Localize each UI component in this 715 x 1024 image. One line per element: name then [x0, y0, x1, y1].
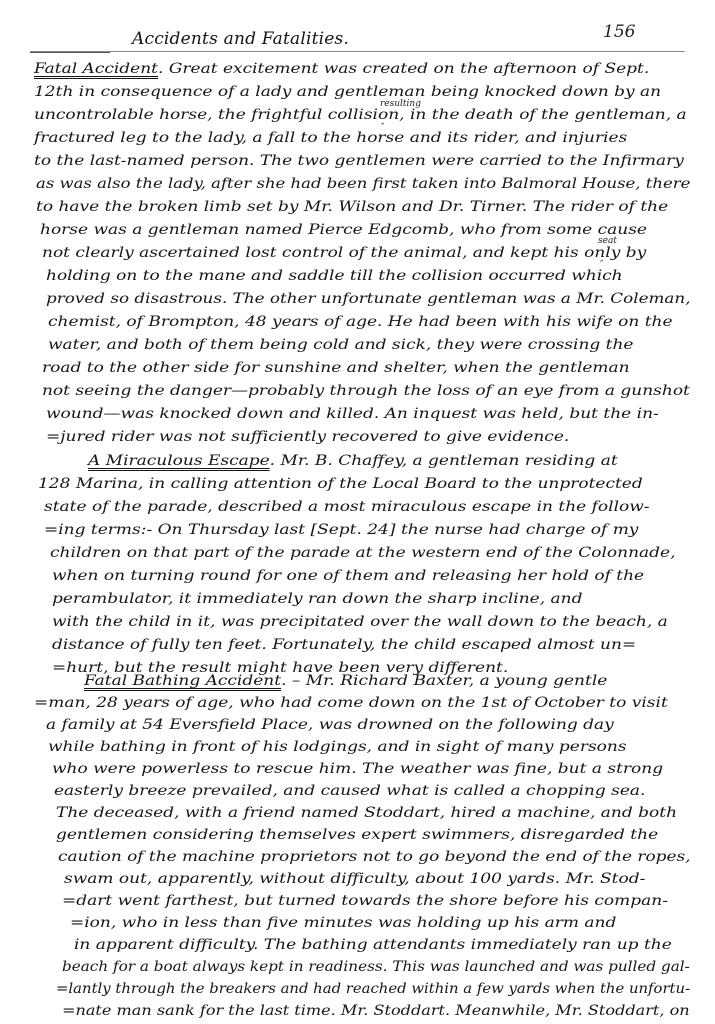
- inserted-word: resulting: [380, 99, 421, 109]
- text-line: with the child in it, was precipitated o…: [52, 611, 668, 633]
- text-line: chemist, of Brompton, 48 years of age. H…: [48, 311, 673, 333]
- text-line: a family at 54 Eversfield Place, was dro…: [46, 714, 614, 736]
- text-line: swam out, apparently, without difficulty…: [64, 868, 645, 890]
- text-line: The deceased, with a friend named Stodda…: [56, 802, 677, 824]
- text-line: =ion, who in less than five minutes was …: [70, 912, 616, 934]
- text-line: =dart went farthest, but turned towards …: [62, 890, 668, 912]
- text-line: =lantly through the breakers and had rea…: [56, 978, 690, 1000]
- section-heading: A Miraculous Escape: [88, 453, 270, 469]
- text-line: holding on to the mane and saddle till t…: [46, 265, 623, 287]
- text-line: proved so disastrous. The other unfortun…: [46, 288, 691, 310]
- text-line: 128 Marina, in calling attention of the …: [38, 473, 643, 495]
- inserted-word: seat: [598, 236, 617, 246]
- text-line: children on that part of the parade at t…: [50, 542, 675, 564]
- text-line: who were powerless to rescue him. The we…: [52, 758, 663, 780]
- text-line: when on turning round for one of them an…: [52, 565, 644, 587]
- text-line: uncontrolable horse, the frightful colli…: [34, 104, 687, 126]
- text-line: fractured leg to the lady, a fall to the…: [34, 127, 627, 149]
- text-line: =jured rider was not sufficiently recove…: [46, 426, 569, 448]
- text-line: not seeing the danger—probably through t…: [42, 380, 690, 402]
- text-line: beach for a boat always kept in readines…: [62, 956, 690, 978]
- text-line: Fatal Accident. Great excitement was cre…: [34, 58, 649, 80]
- insertion-caret-icon: ‸: [381, 114, 384, 125]
- insertion-caret-icon: ‸: [600, 251, 603, 262]
- text-line: water, and both of them being cold and s…: [48, 334, 634, 356]
- text-line: caution of the machine proprietors not t…: [58, 846, 691, 868]
- text-line: wound—was knocked down and killed. An in…: [46, 403, 659, 425]
- text-line: 12th in consequence of a lady and gentle…: [34, 81, 661, 103]
- text-line: road to the other side for sunshine and …: [42, 357, 630, 379]
- text-line: as was also the lady, after she had been…: [36, 173, 690, 195]
- text-line: perambulator, it immediately ran down th…: [52, 588, 582, 610]
- manuscript-page: Accidents and Fatalities. 156 Fatal Acci…: [0, 0, 715, 1024]
- page-header-title: Accidents and Fatalities.: [132, 29, 349, 49]
- text-line: to have the broken limb set by Mr. Wilso…: [36, 196, 668, 218]
- text-line: state of the parade, described a most mi…: [44, 496, 650, 518]
- header-divider-accent: [30, 52, 110, 53]
- page-number: 156: [603, 22, 635, 42]
- text-line: easterly breeze prevailed, and caused wh…: [54, 780, 645, 802]
- section-heading: Fatal Accident: [34, 61, 158, 77]
- text-line: to the last-named person. The two gentle…: [34, 150, 684, 172]
- section-heading: Fatal Bathing Accident: [84, 673, 281, 689]
- text-line: in apparent difficulty. The bathing atte…: [74, 934, 672, 956]
- text-line: Fatal Bathing Accident. – Mr. Richard Ba…: [84, 670, 607, 692]
- text-line: while bathing in front of his lodgings, …: [48, 736, 627, 758]
- text-line: gentlemen considering themselves expert …: [56, 824, 658, 846]
- text-line: not clearly ascertained lost control of …: [42, 242, 646, 264]
- header-divider: [30, 51, 685, 52]
- text-line: horse was a gentleman named Pierce Edgco…: [40, 219, 647, 241]
- text-line: =man, 28 years of age, who had come down…: [34, 692, 668, 714]
- text-line: =ing terms:- On Thursday last [Sept. 24]…: [44, 519, 638, 541]
- text-line: distance of fully ten feet. Fortunately,…: [52, 634, 636, 656]
- text-line: =nate man sank for the last time. Mr. St…: [62, 1000, 690, 1022]
- text-line: A Miraculous Escape. Mr. B. Chaffey, a g…: [88, 450, 618, 472]
